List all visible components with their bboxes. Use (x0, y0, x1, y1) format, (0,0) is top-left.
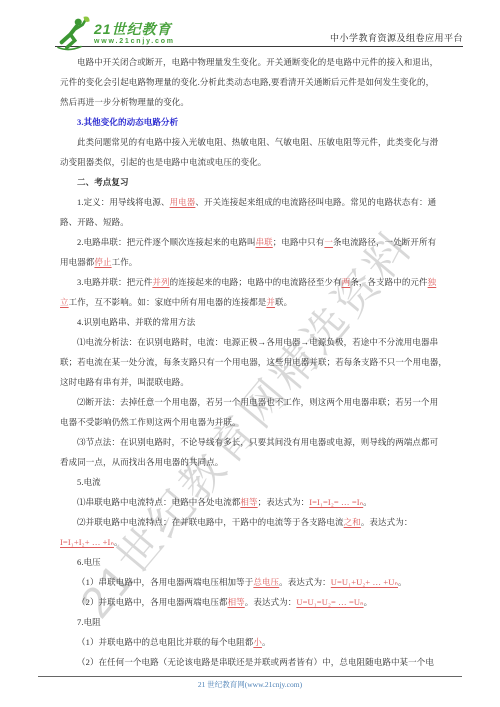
text-run: 3.电路并联：把元件 (77, 277, 152, 287)
key-term: 串联 (256, 237, 273, 247)
text-run: 电路中开关闭合或断开，电路中物理量发生变化。开关通断变化的是电路中元件的接入和退… (77, 57, 438, 67)
text-run: 条，各支路中的元件 (350, 277, 427, 287)
text-run: ⑵并联电路中电流特点：在并联电路中，干路中的电流等于各支路电流 (77, 517, 344, 527)
key-term: 两 (342, 277, 351, 287)
text-run: （1）并联电路中的总电阻比并联的每个电阻都 (77, 637, 253, 647)
text-run: （1）串联电路中，各用电器两端电压相加等于 (77, 577, 253, 587)
text-line: 电器不受影响仍然工作则这两个用电器为并联。 (60, 412, 442, 432)
key-term: I=I₁+I₂+ … +Iₙ (60, 537, 114, 547)
text-line: 这时电路有串有并，叫混联电路。 (60, 372, 442, 392)
text-line: 电路中开关闭合或断开，电路中物理量发生变化。开关通断变化的是电路中元件的接入和退… (60, 52, 442, 72)
text-run: 工作。 (112, 257, 138, 267)
text-run: 路、开路、短路。 (60, 217, 129, 227)
text-run: 7.电阻 (77, 617, 101, 627)
text-line: 1.定义：用导线将电源、用电器、开关连接起来组成的电流路径叫电路。常见的电路状态… (60, 192, 442, 212)
text-line: 二、考点复习 (60, 172, 442, 192)
platform-tagline: 中小学教育资源及组卷应用平台 (330, 31, 463, 44)
key-term: 一 (324, 237, 333, 247)
text-line: （2）在任何一个电路（无论该电路是串联还是并联或两者皆有）中，总电阻随电路中某一… (60, 652, 442, 672)
text-run: 2.电路串联：把元件逐个顺次连接起来的电路叫 (77, 237, 256, 247)
text-run: 。 (398, 577, 407, 587)
text-line: 元件的变化会引起电路物理量的变化.分析此类动态电路,要看清开关通断后元件是如何发… (60, 72, 442, 92)
text-run: ⑵断开法：去掉任意一个用电器，若另一个用电器也不工作，则这两个用电器串联；若另一… (77, 397, 438, 407)
key-term: U=U₁=U₂= … =Uₙ (296, 597, 363, 607)
text-line: ⑴串联电路中电流特点：电路中各处电流都相等；表达式为：I=I₁=I₂= … =I… (60, 492, 442, 512)
text-run: ⑶节点法：在识别电路时，不论导线有多长，只要其间没有用电器或电源，则导线的两端点… (77, 437, 438, 447)
key-term: 相等 (228, 597, 245, 607)
text-run: 的连接起来的电路；电路中的电流路径至少有 (170, 277, 342, 287)
text-run: 3.其他变化的动态电路分析 (77, 117, 178, 127)
runner-logo-icon (55, 16, 91, 51)
key-term: 小 (253, 637, 262, 647)
text-line: （2）并联电路中，各用电器两端电压都相等。表达式为：U=U₁=U₂= … =Uₙ… (60, 592, 442, 612)
text-line: 看成同一点，从而找出各用电器的共同点。 (60, 452, 442, 472)
text-run: 6.电压 (77, 557, 101, 567)
logo-text: 21世纪教育 www.21cnjy.com (94, 22, 175, 51)
text-run: 。表达式为： (279, 577, 331, 587)
key-term: 独 (428, 277, 437, 287)
text-line: 联；若电流在某一处分流，每条支路只有一个用电器，这些用电器并联；若每条支路不只一… (60, 352, 442, 372)
text-line: 6.电压 (60, 552, 442, 572)
key-term: 并列 (152, 277, 169, 287)
text-line: 立工作，互不影响。如：家庭中所有用电器的连接都是并联。 (60, 292, 442, 312)
text-line: 然后再进一步分析物理量的变化。 (60, 92, 442, 112)
key-term: I=I₁=I₂= … =Iₙ (309, 497, 363, 507)
text-run: 电器不受影响仍然工作则这两个用电器为并联。 (60, 417, 241, 427)
text-run: 。表达式为： (361, 517, 413, 527)
document-body: 电路中开关闭合或断开，电路中物理量发生变化。开关通断变化的是电路中元件的接入和退… (60, 52, 442, 672)
text-run: 1.定义：用导线将电源、 (77, 197, 170, 207)
text-run: ⑴串联电路中电流特点：电路中各处电流都 (77, 497, 240, 507)
text-run: 联；若电流在某一处分流，每条支路只有一个用电器，这些用电器并联；若每条支路不只一… (60, 357, 447, 367)
text-run: 此类问题常见的有电路中接入光敏电阻、热敏电阻、气敏电阻、压敏电阻等元件，此类变化… (77, 137, 438, 147)
text-line: 3.其他变化的动态电路分析 (60, 112, 442, 132)
text-run: ；电路中只有 (273, 237, 325, 247)
key-term: 相等 (240, 497, 257, 507)
text-run: 用电器都 (60, 257, 94, 267)
text-line: 路、开路、短路。 (60, 212, 442, 232)
text-line: 此类问题常见的有电路中接入光敏电阻、热敏电阻、气敏电阻、压敏电阻等元件，此类变化… (60, 132, 442, 152)
footer-text: 21 世纪教育网(www.21cnjy.com) (0, 679, 500, 690)
key-term: 总电压 (253, 577, 279, 587)
text-run: 这时电路有串有并，叫混联电路。 (60, 377, 189, 387)
text-line: 4.识别电路串、并联的常用方法 (60, 312, 442, 332)
text-run: ⑴电流分析法：在识别电路时，电流：电源正极→各用电器→电源负极，若途中不分流用电… (77, 337, 438, 347)
text-run: 5.电流 (77, 477, 101, 487)
text-run: 工作，互不影响。如：家庭中所有用电器的连接都是 (69, 297, 267, 307)
text-run: 4.识别电路串、并联的常用方法 (77, 317, 195, 327)
document-page: 21世纪教育网精选资料 21世纪教育 www.21cnjy.com 中小学教育资… (0, 0, 500, 707)
text-run: 。 (364, 597, 373, 607)
footer-divider (38, 676, 462, 677)
text-line: 3.电路并联：把元件并列的连接起来的电路；电路中的电流路径至少有两条，各支路中的… (60, 272, 442, 292)
text-run: 条电流路径，一处断开所有 (333, 237, 436, 247)
text-run: 动变阻器类似，引起的也是电路中电流或电压的变化。 (60, 157, 266, 167)
text-run: ；表达式为： (258, 497, 310, 507)
logo-url: www.21cnjy.com (94, 37, 175, 46)
brand-logo: 21世纪教育 www.21cnjy.com (55, 16, 175, 51)
text-line: 动变阻器类似，引起的也是电路中电流或电压的变化。 (60, 152, 442, 172)
page-header: 21世纪教育 www.21cnjy.com 中小学教育资源及组卷应用平台 (55, 0, 463, 47)
text-run: （2）并联电路中，各用电器两端电压都 (77, 597, 228, 607)
key-term: U=U₁+U₂+ … +Uₙ (331, 577, 398, 587)
text-line: （1）串联电路中，各用电器两端电压相加等于总电压。表达式为：U=U₁+U₂+ …… (60, 572, 442, 592)
text-run: 元件的变化会引起电路物理量的变化.分析此类动态电路,要看清开关通断后元件是如何发… (60, 77, 434, 87)
text-run: 二、考点复习 (77, 177, 129, 187)
key-term: 用电器 (170, 197, 196, 207)
text-run: 联。 (275, 297, 292, 307)
text-run: 。 (363, 497, 372, 507)
logo-title: 21世纪教育 (94, 22, 175, 37)
text-line: I=I₁+I₂+ … +Iₙ。 (60, 532, 442, 552)
text-line: 5.电流 (60, 472, 442, 492)
key-term: 之和 (344, 517, 361, 527)
key-term: 并 (266, 297, 275, 307)
key-term: 停止 (94, 257, 111, 267)
text-line: （1）并联电路中的总电阻比并联的每个电阻都小。 (60, 632, 442, 652)
text-line: ⑴电流分析法：在识别电路时，电流：电源正极→各用电器→电源负极，若途中不分流用电… (60, 332, 442, 352)
text-run: 。表达式为： (245, 597, 297, 607)
key-term: 立 (60, 297, 69, 307)
text-run: 。 (262, 637, 271, 647)
text-line: 7.电阻 (60, 612, 442, 632)
text-run: （2）在任何一个电路（无论该电路是串联还是并联或两者皆有）中，总电阻随电路中某一… (77, 657, 434, 667)
text-run: 然后再进一步分析物理量的变化。 (60, 97, 189, 107)
text-line: 用电器都停止工作。 (60, 252, 442, 272)
text-run: 看成同一点，从而找出各用电器的共同点。 (60, 457, 223, 467)
text-run: 、开关连接起来组成的电流路径叫电路。常见的电路状态有：通 (195, 197, 436, 207)
text-line: 2.电路串联：把元件逐个顺次连接起来的电路叫串联；电路中只有一条电流路径，一处断… (60, 232, 442, 252)
text-line: ⑵断开法：去掉任意一个用电器，若另一个用电器也不工作，则这两个用电器串联；若另一… (60, 392, 442, 412)
text-line: ⑶节点法：在识别电路时，不论导线有多长，只要其间没有用电器或电源，则导线的两端点… (60, 432, 442, 452)
text-run: 。 (114, 537, 123, 547)
text-line: ⑵并联电路中电流特点：在并联电路中，干路中的电流等于各支路电流之和。表达式为： (60, 512, 442, 532)
